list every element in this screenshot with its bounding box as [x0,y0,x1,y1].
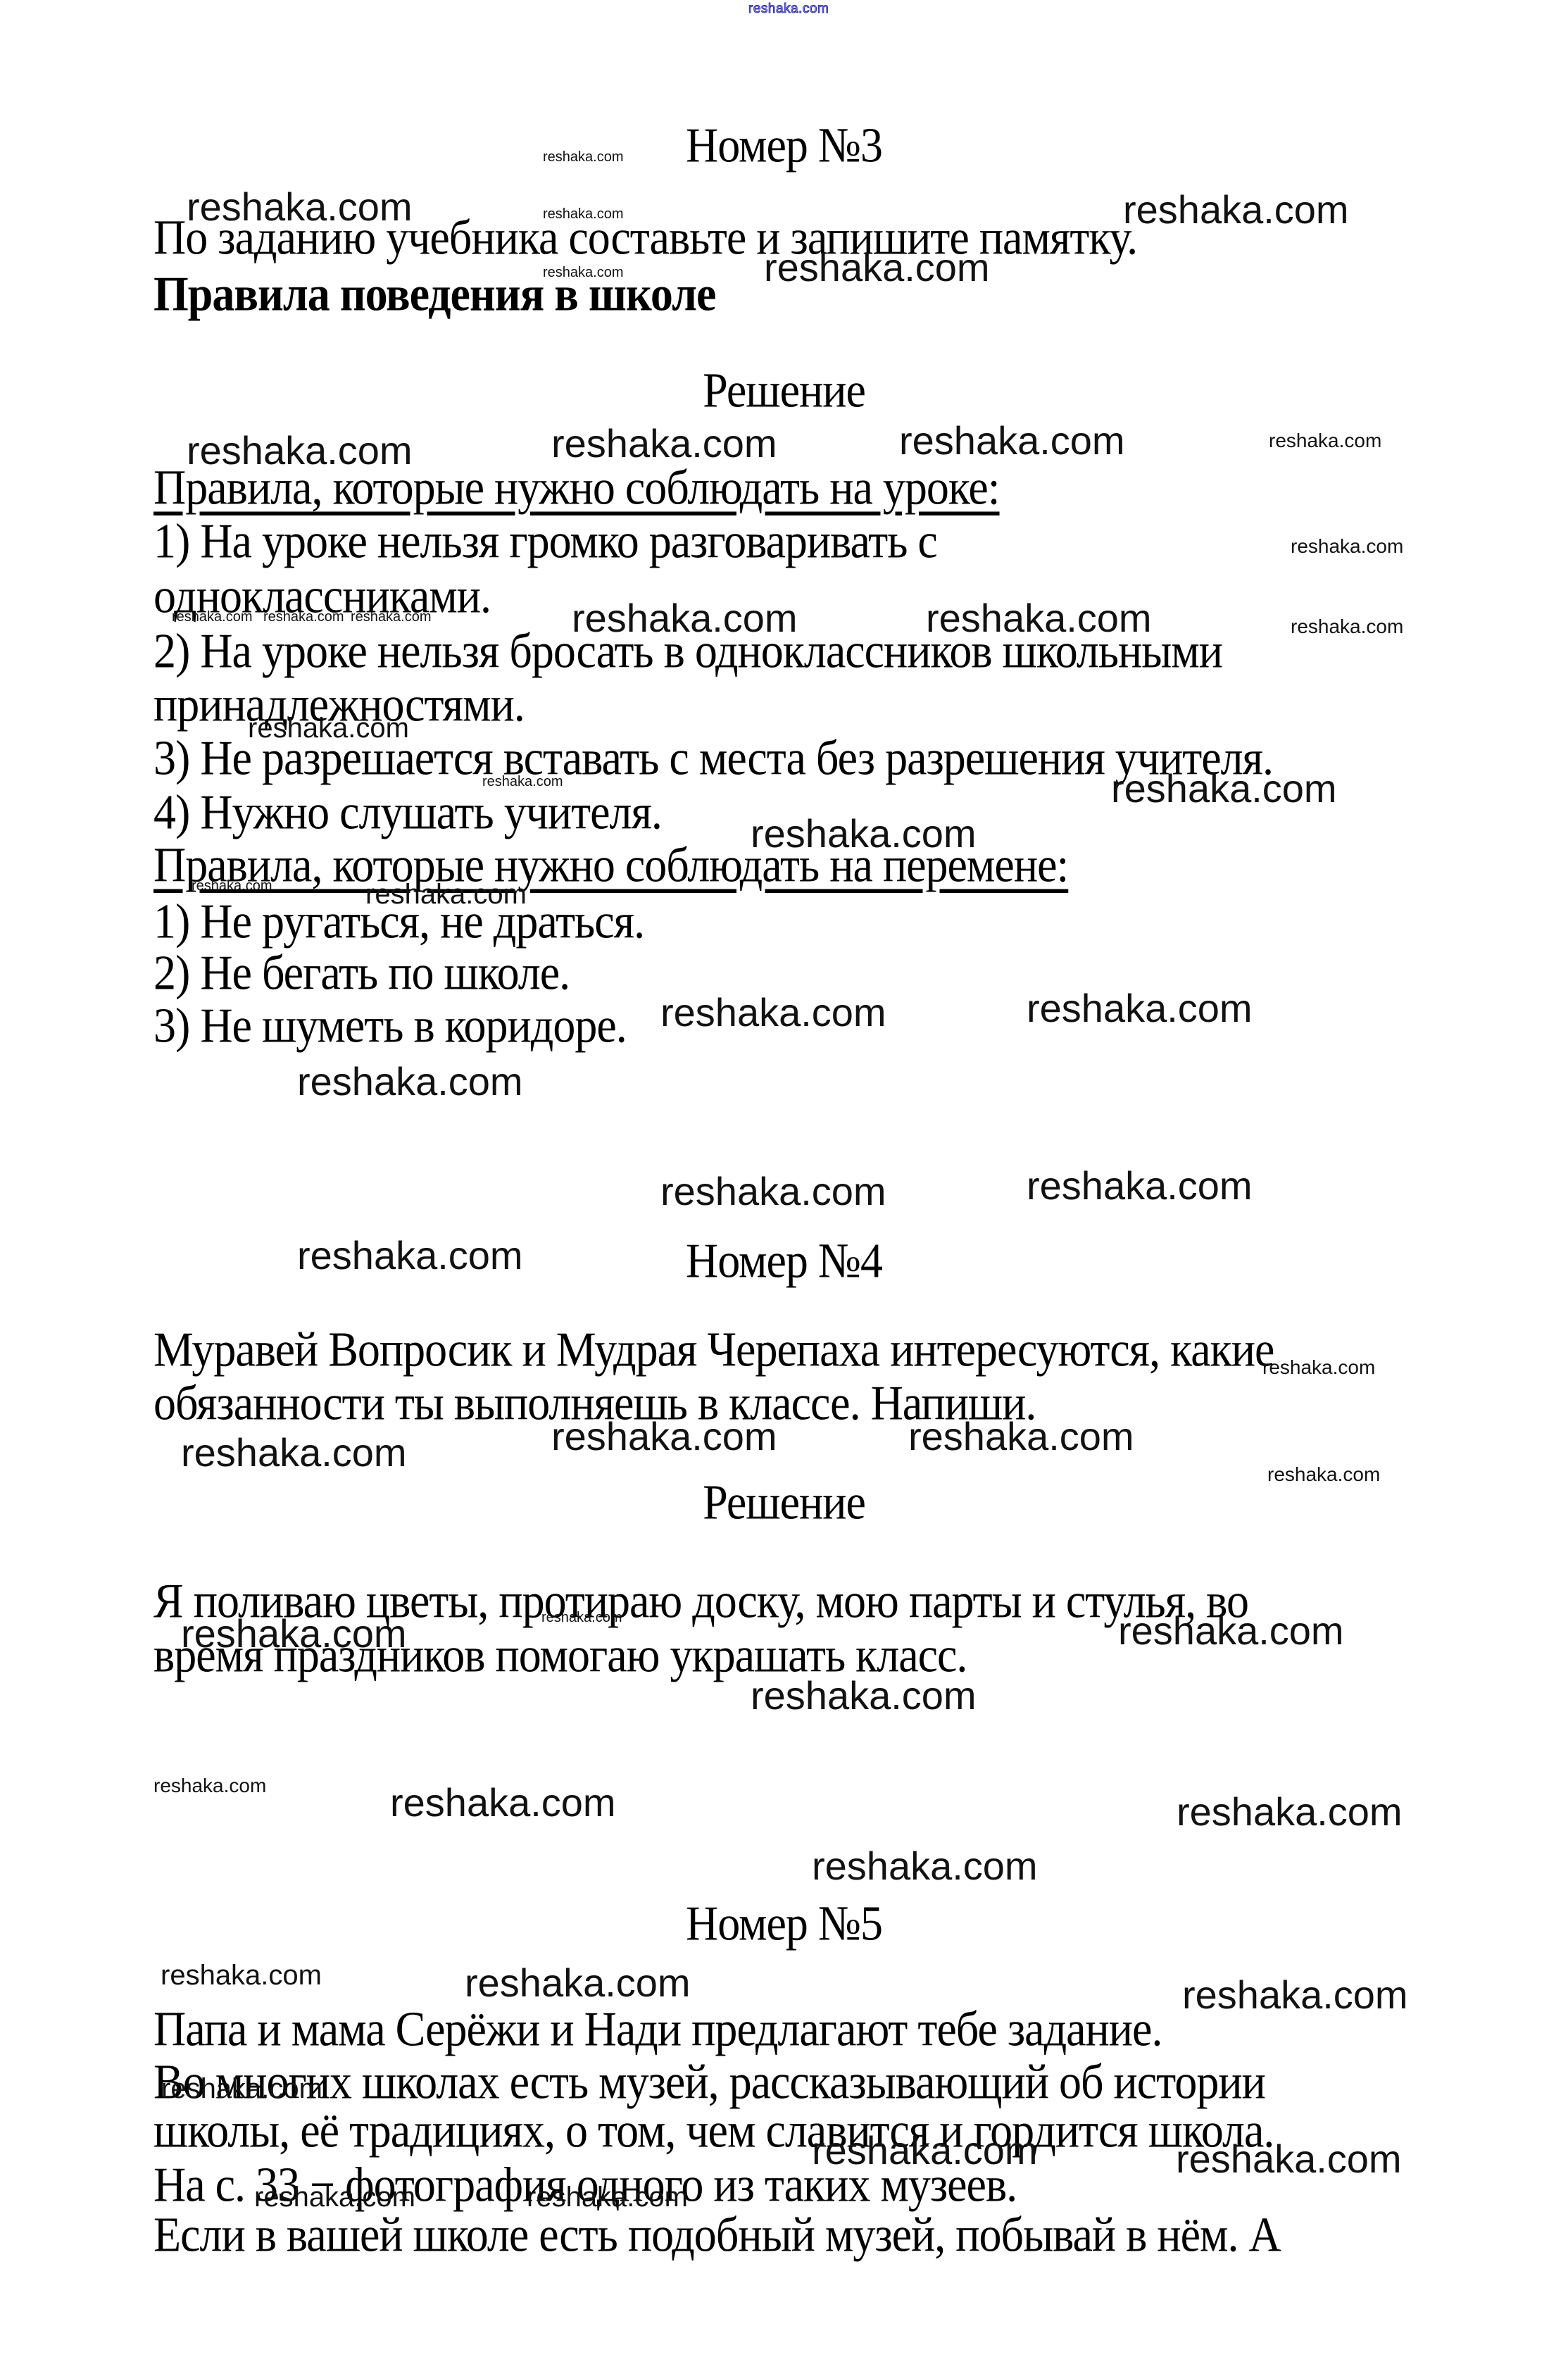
watermark-reshaka: reshaka.com [572,599,798,638]
watermark-reshaka: reshaka.com [1182,1975,1408,2015]
watermark-reshaka: reshaka.com [1262,1358,1375,1377]
watermark-reshaka: reshaka.com [153,1776,266,1796]
problem3-solution-heading: Решение [0,364,1568,416]
watermark-reshaka: reshaka.com [751,814,977,854]
watermark-reshaka: reshaka.com [660,1172,886,1211]
watermark-reshaka: reshaka.com [1118,1611,1344,1651]
watermark-reshaka: reshaka.com [660,993,886,1032]
watermark-reshaka: reshaka.com [390,1783,616,1822]
watermark-reshaka: reshaka.com [1177,1792,1403,1832]
lesson-rule-4: 4) Нужно слушать учителя. [153,786,662,838]
problem5-heading: Номер №5 [0,1897,1568,1949]
watermark-reshaka: reshaka.com [1291,617,1403,637]
watermark-reshaka: reshaka.com [482,775,563,789]
watermark-reshaka: reshaka.com [351,610,432,624]
watermark-reshaka: reshaka.com [297,1062,523,1101]
watermark-reshaka: reshaka.com [1027,1166,1253,1206]
watermark-reshaka: reshaka.com [527,2183,688,2211]
watermark-reshaka: reshaka.com [812,2131,1038,2170]
watermark-reshaka: reshaka.com [751,1676,977,1715]
watermark-reshaka: reshaka.com [899,421,1125,461]
watermark-reshaka: reshaka.com [551,424,777,463]
watermark-reshaka: reshaka.com [812,1846,1038,1886]
problem5-task-line-5: Если в вашей школе есть подобный музей, … [153,2208,1281,2261]
document-page: Номер №3По заданию учебника составьте и … [0,0,1568,2376]
watermark-reshaka: reshaka.com [543,150,624,164]
watermark-reshaka: reshaka.com [172,610,253,624]
watermark-reshaka: reshaka.com [192,879,272,893]
watermark-reshaka: reshaka.com [748,2,829,15]
problem3-heading: Номер №3 [0,119,1568,171]
watermark-reshaka: reshaka.com [181,1433,407,1473]
watermark-reshaka: reshaka.com [1267,1465,1380,1484]
watermark-reshaka: reshaka.com [1027,989,1253,1028]
watermark-reshaka: reshaka.com [181,1614,407,1653]
watermark-reshaka: reshaka.com [161,2075,322,2103]
watermark-reshaka: reshaka.com [1123,190,1349,230]
break-rule-2: 2) Не бегать по школе. [153,946,570,999]
break-rule-3: 3) Не шуметь в коридоре. [153,999,627,1051]
problem4-task-line-1: Муравей Вопросик и Мудрая Черепаха интер… [153,1323,1274,1375]
watermark-reshaka: reshaka.com [187,431,413,470]
watermark-reshaka: reshaka.com [541,1611,622,1625]
problem4-heading: Номер №4 [0,1234,1568,1287]
watermark-reshaka: reshaka.com [926,599,1152,638]
problem5-task-line-1: Папа и мама Серёжи и Нади предлагают теб… [153,2003,1162,2055]
watermark-reshaka: reshaka.com [263,610,344,624]
problem5-task-line-3: школы, её традициях, о том, чем славится… [153,2104,1274,2156]
watermark-reshaka: reshaka.com [248,714,409,742]
watermark-reshaka: reshaka.com [254,2183,415,2211]
watermark-reshaka: reshaka.com [1269,431,1381,451]
problem3-task-title: Правила поведения в школе [153,268,715,320]
watermark-reshaka: reshaka.com [543,265,624,280]
watermark-reshaka: reshaka.com [764,248,990,287]
watermark-reshaka: reshaka.com [551,1417,777,1456]
watermark-reshaka: reshaka.com [187,187,413,227]
lesson-rule-1-line-1: 1) На уроке нельзя громко разговаривать … [153,515,937,567]
watermark-reshaka: reshaka.com [465,1963,691,2003]
watermark-reshaka: reshaka.com [365,880,527,908]
watermark-reshaka: reshaka.com [908,1417,1134,1456]
watermark-reshaka: reshaka.com [297,1236,523,1275]
watermark-reshaka: reshaka.com [543,207,624,221]
watermark-reshaka: reshaka.com [1291,537,1403,556]
watermark-reshaka: reshaka.com [1111,769,1337,808]
watermark-reshaka: reshaka.com [161,1961,322,1989]
watermark-reshaka: reshaka.com [1176,2139,1402,2179]
